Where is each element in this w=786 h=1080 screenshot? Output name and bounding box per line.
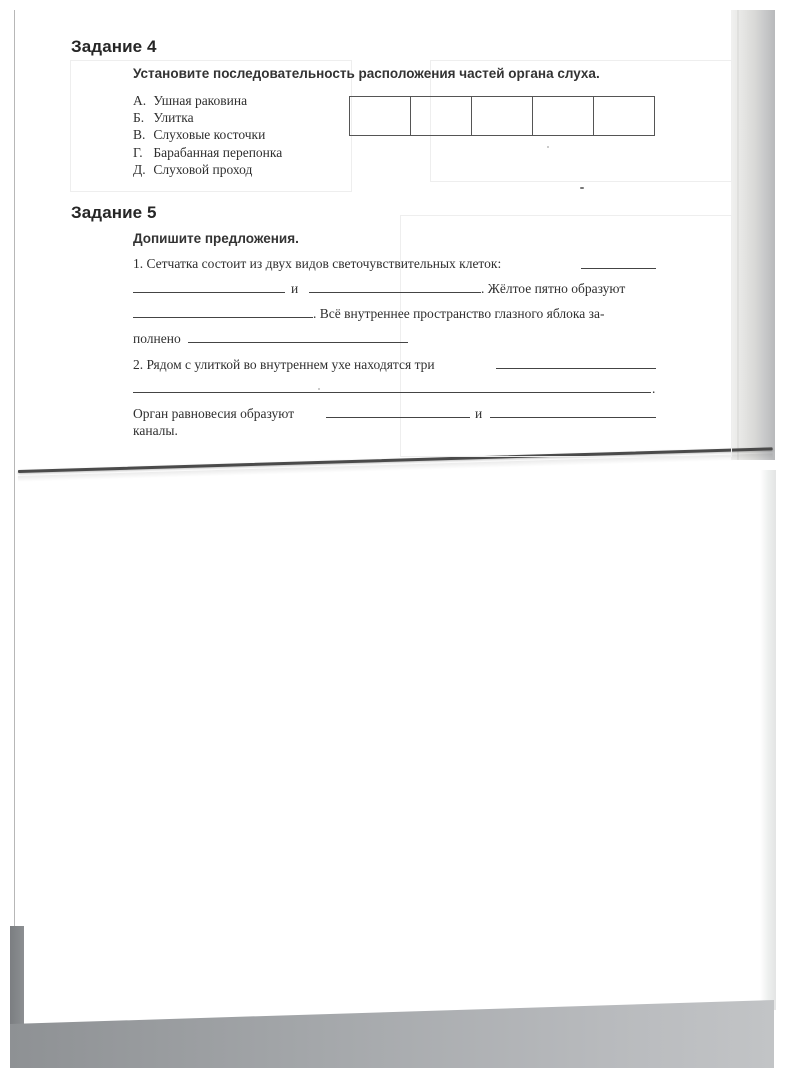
q2-blank-2[interactable] xyxy=(133,392,651,393)
q1-and: и xyxy=(291,281,298,297)
scan-speck xyxy=(318,388,320,390)
q1-line3-tail: . Всё внутреннее пространство глазного я… xyxy=(313,306,604,322)
q1-line4-head: полнено xyxy=(133,331,181,347)
q2-and: и xyxy=(475,406,482,422)
task4-options: А. Ушная раковина Б. Улитка В. Слуховые … xyxy=(133,92,282,178)
q2-blank-1[interactable] xyxy=(496,368,656,369)
q1-line1: 1. Сетчатка состоит из двух видов светоч… xyxy=(133,256,501,272)
q1-blank-5[interactable] xyxy=(188,342,408,343)
answer-cell-4[interactable] xyxy=(533,97,594,136)
q2-line2-tail: . xyxy=(652,381,655,397)
show-through-frame xyxy=(400,215,732,457)
task5-heading: Задание 5 xyxy=(71,203,157,223)
answer-cell-3[interactable] xyxy=(472,97,533,136)
answer-cell-1[interactable] xyxy=(350,97,411,136)
option-d: Д. Слуховой проход xyxy=(133,161,282,178)
option-a: А. Ушная раковина xyxy=(133,92,282,109)
q2-blank-3[interactable] xyxy=(326,417,470,418)
option-g: Г. Барабанная перепонка xyxy=(133,144,282,161)
q1-blank-2[interactable] xyxy=(133,292,285,293)
task4-heading: Задание 4 xyxy=(71,37,157,57)
page-right-shadow xyxy=(760,470,776,1010)
scan-speck xyxy=(580,187,584,189)
q2-line3-head: Орган равновесия образуют xyxy=(133,406,294,422)
q2-line1: 2. Рядом с улиткой во внутреннем ухе нах… xyxy=(133,357,435,373)
scan-speck xyxy=(547,146,549,148)
q1-line2-tail: . Жёлтое пятно образуют xyxy=(481,281,625,297)
answer-cell-2[interactable] xyxy=(411,97,472,136)
q1-blank-3[interactable] xyxy=(309,292,481,293)
scanner-bed-left xyxy=(10,926,24,1026)
page-binding-edge xyxy=(731,10,775,460)
q2-line4: каналы. xyxy=(133,423,178,439)
option-v: В. Слуховые косточки xyxy=(133,126,282,143)
page-left-edge xyxy=(14,10,15,930)
q1-blank-4[interactable] xyxy=(133,317,313,318)
q1-blank-1[interactable] xyxy=(581,268,656,269)
task4-answer-grid xyxy=(349,96,655,136)
option-b: Б. Улитка xyxy=(133,109,282,126)
q2-blank-4[interactable] xyxy=(490,417,656,418)
task5-instruction: Допишите предложения. xyxy=(133,231,299,246)
task4-instruction: Установите последовательность расположен… xyxy=(133,66,600,81)
answer-cell-5[interactable] xyxy=(594,97,655,136)
